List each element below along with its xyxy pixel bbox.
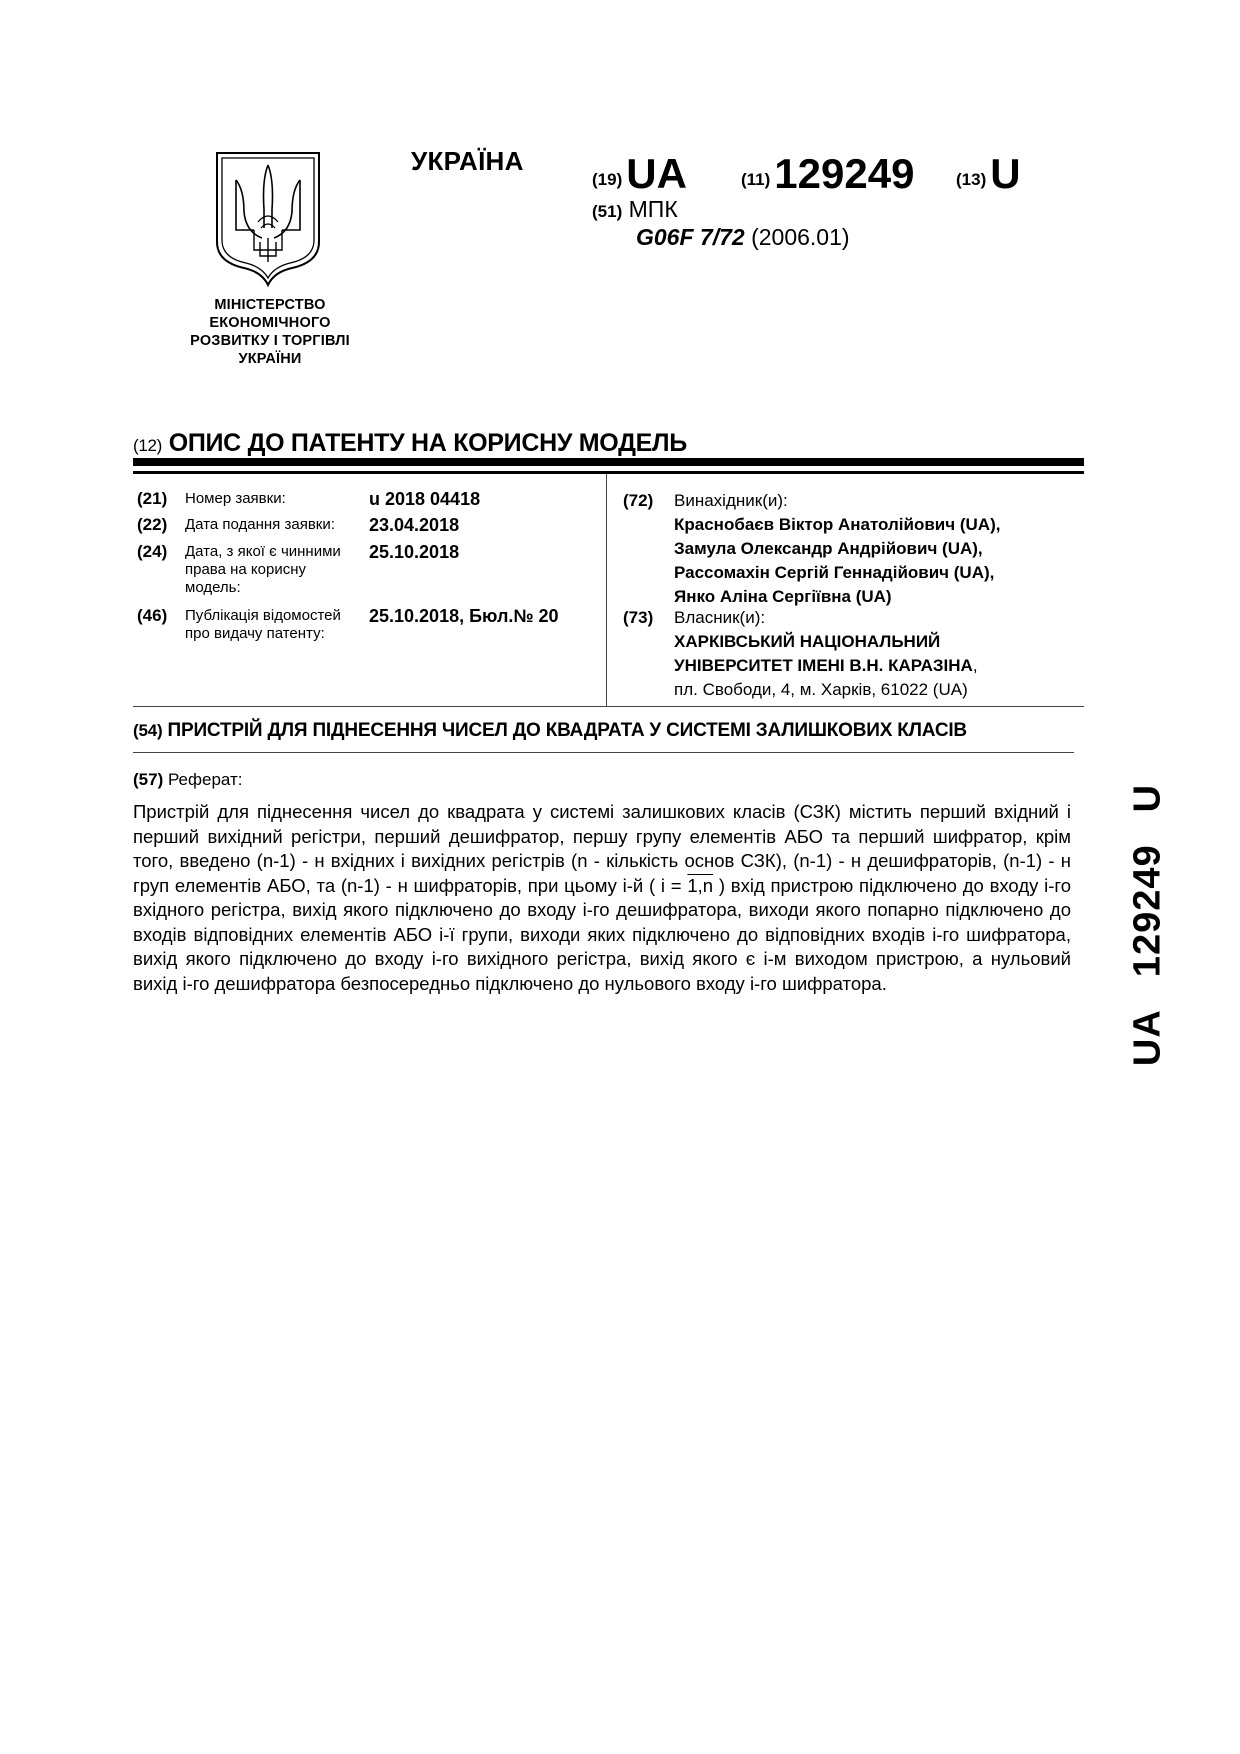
country-code-value: UA xyxy=(626,150,687,197)
inventor-name: Рассомахін Сергій Геннадійович (UA), xyxy=(674,561,1104,585)
inid-code: (12) xyxy=(133,436,162,455)
ministry-line: РОЗВИТКУ І ТОРГІВЛІ xyxy=(170,332,370,350)
divider-line xyxy=(133,752,1074,753)
inid-code: (11) xyxy=(741,170,770,189)
inid-code: (21) xyxy=(137,490,167,508)
field-51-ipc-label: (51) МПК xyxy=(592,196,678,223)
side-kind: U xyxy=(1127,784,1169,812)
biblio-label: Дата, з якої є чинними права на корисну … xyxy=(185,543,365,597)
ministry-line: МІНІСТЕРСТВО xyxy=(170,296,370,314)
ministry-line: УКРАЇНИ xyxy=(170,350,370,368)
owner-name-line: УНІВЕРСИТЕТ ІМЕНІ В.Н. КАРАЗІНА xyxy=(674,656,973,675)
owner-name-line: ХАРКІВСЬКИЙ НАЦІОНАЛЬНИЙ xyxy=(674,630,1104,654)
inid-code: (73) xyxy=(623,606,653,630)
inid-code: (19) xyxy=(592,170,622,189)
ministry-line: ЕКОНОМІЧНОГО xyxy=(170,314,370,332)
owner-label: Власник(и): xyxy=(674,606,1104,630)
biblio-label: Публікація відомостей про видачу патенту… xyxy=(185,607,365,643)
title-text: ПРИСТРІЙ ДЛЯ ПІДНЕСЕННЯ ЧИСЕЛ ДО КВАДРАТ… xyxy=(168,720,967,741)
document-type-title: ОПИС ДО ПАТЕНТУ НА КОРИСНУ МОДЕЛЬ xyxy=(169,429,687,457)
owner-name-suffix: , xyxy=(973,656,978,675)
field-19-country-code: (19)UA xyxy=(592,150,687,198)
index-formula: ( i = 1,n ) xyxy=(649,875,725,896)
inventor-name: Краснобаєв Віктор Анатолійович (UA), xyxy=(674,513,1104,537)
column-divider xyxy=(606,474,607,706)
country-name: УКРАЇНА xyxy=(411,146,524,177)
kind-code-value: U xyxy=(990,150,1020,197)
divider-line xyxy=(133,706,1084,707)
biblio-label: Дата подання заявки: xyxy=(185,516,365,534)
inid-code: (51) xyxy=(592,202,622,221)
document-type-heading: (12) ОПИС ДО ПАТЕНТУ НА КОРИСНУ МОДЕЛЬ xyxy=(133,429,687,458)
application-number: u 2018 04418 xyxy=(369,490,480,508)
inid-code: (72) xyxy=(623,489,653,513)
trident-coat-of-arms-icon xyxy=(214,150,322,288)
inventor-name: Замула Олександр Андрійович (UA), xyxy=(674,537,1104,561)
inid-code: (57) xyxy=(133,770,163,789)
patent-number-value: 129249 xyxy=(774,150,914,197)
ipc-class-value: G06F 7/72 xyxy=(636,224,745,250)
filing-date: 23.04.2018 xyxy=(369,516,459,534)
ministry-name: МІНІСТЕРСТВО ЕКОНОМІЧНОГО РОЗВИТКУ І ТОР… xyxy=(170,296,370,368)
ipc-version: (2006.01) xyxy=(751,224,849,250)
side-number: 129249 xyxy=(1127,844,1169,977)
publication-info: 25.10.2018, Бюл.№ 20 xyxy=(369,607,558,625)
divider-thin xyxy=(133,471,1084,474)
abstract-heading: (57) Реферат: xyxy=(133,770,243,790)
abstract-text: Пристрій для піднесення чисел до квадрат… xyxy=(133,800,1071,996)
ipc-label: МПК xyxy=(629,196,678,222)
utility-model-title: (54) ПРИСТРІЙ ДЛЯ ПІДНЕСЕННЯ ЧИСЕЛ ДО КВ… xyxy=(133,720,967,742)
inid-code: (22) xyxy=(137,516,167,534)
field-11-patent-number: (11)129249 xyxy=(741,150,914,198)
inid-code: (13) xyxy=(956,170,986,189)
ipc-classification: G06F 7/72 (2006.01) xyxy=(636,224,850,251)
inid-code: (54) xyxy=(133,721,162,740)
field-13-kind-code: (13)U xyxy=(956,150,1021,198)
effective-date: 25.10.2018 xyxy=(369,543,459,561)
formula-range: 1,n xyxy=(687,875,713,896)
inid-code: (46) xyxy=(137,607,167,625)
biblio-label: Номер заявки: xyxy=(185,490,365,508)
owner-address: пл. Свободи, 4, м. Харків, 61022 (UA) xyxy=(674,678,1104,702)
inid-code: (24) xyxy=(137,543,167,561)
vertical-document-id: UA129249U xyxy=(1108,780,1188,1070)
divider-thick xyxy=(133,458,1084,466)
abstract-label: Реферат: xyxy=(168,770,243,789)
side-country: UA xyxy=(1127,1009,1169,1066)
inventors-label: Винахідник(и): xyxy=(674,489,1104,513)
